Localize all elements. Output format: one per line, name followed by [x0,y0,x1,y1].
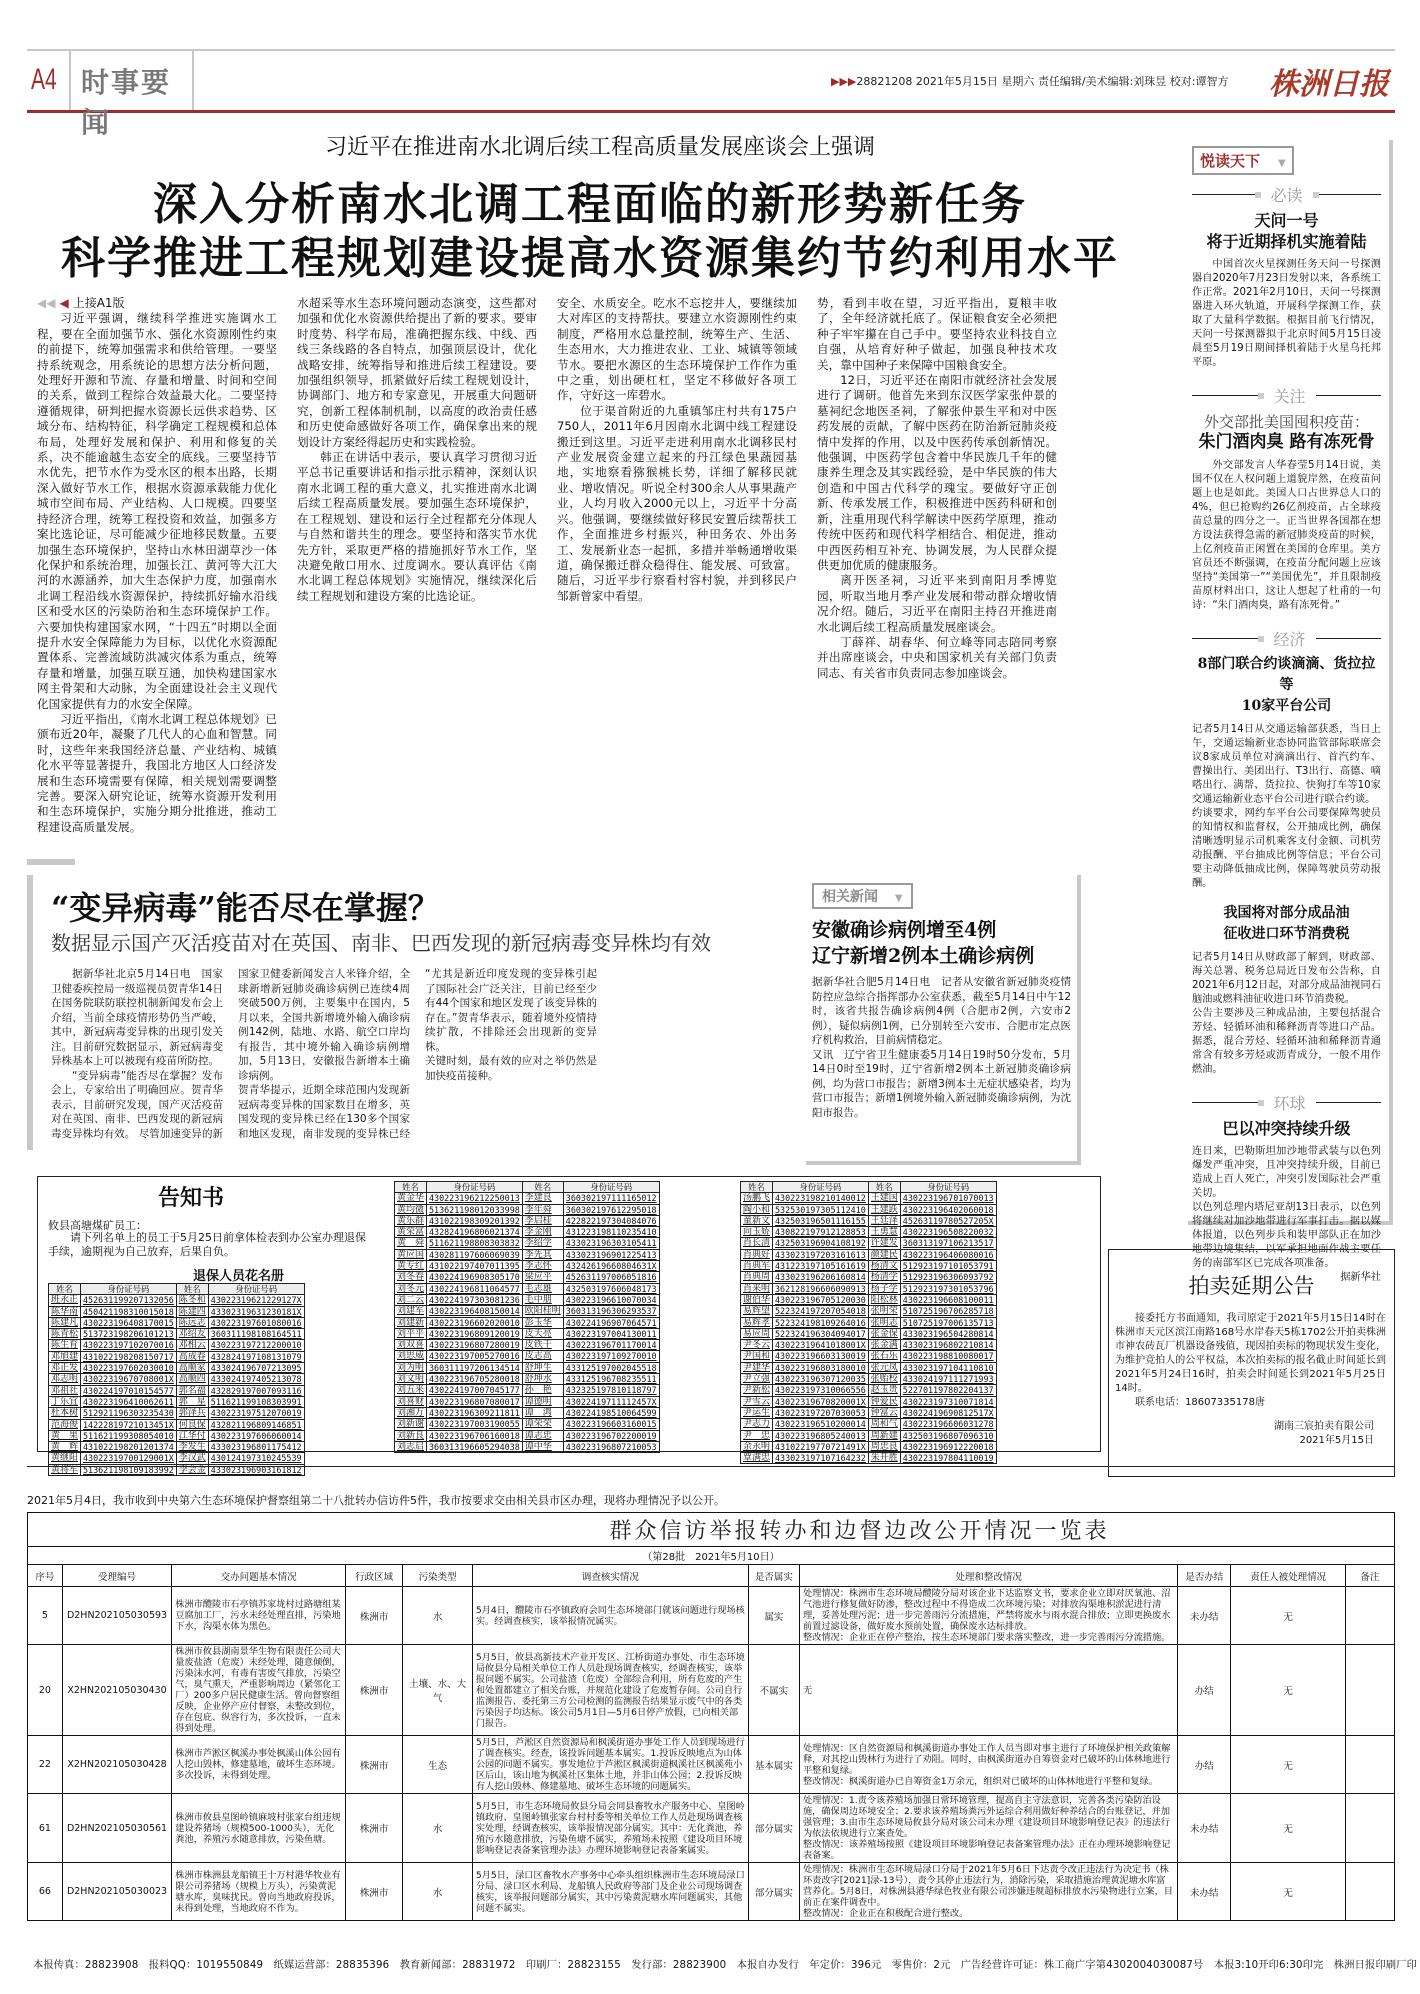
id-number: 510725196706285718 [900,1306,996,1317]
auction-title: 拍卖延期公告 [1109,1270,1394,1300]
feature-article: “变异病毒”能否尽在掌握？ 数据显示国产灭活疫苗对在英国、南非、巴西发现的新冠病… [27,875,785,1150]
employee-name: 刘喜财 [395,1396,427,1407]
id-number: 360313197106213517 [900,1238,996,1249]
employee-name: 郭泽兵 [176,1408,208,1419]
lead-column-4: 势，看到丰收在望，习近平指出，夏粮丰收了，全年经济就托底了。保证粮食安全必须把种… [817,296,1057,856]
petition-row: 66D2HN202105030023株洲市株洲县龙船镇王十万村港华牧业有限公司养… [28,1863,1395,1921]
employee-name: 周新建 [868,1430,900,1441]
id-number: 432503197606048173 [563,1283,659,1294]
sidebar-digest: 悦读天下▼ 必读 天问一号将于近期择机实施着陆 中国首次火星探测任务天问一号探测… [1188,140,1393,1225]
employee-name: 刘新良 [395,1430,427,1441]
employee-name: 刘建新 [395,1317,427,1328]
issue-meta: ▶▶▶28821208 2021年5月15日 星期六 责任编辑/美术编辑:刘珠昱… [831,73,1228,89]
id-number: 430223196807280019 [427,1340,523,1351]
id-number: 431022197407011395 [427,1261,523,1272]
employee-name: 邓志明 [49,1374,81,1385]
id-number: 430223196912220018 [900,1441,996,1452]
id-number: 433024196707213095 [208,1363,304,1374]
table-cell: 基本属实 [748,1736,799,1794]
roster-row: 邓志明43022319670708001X高顺四4330241974052130… [49,1374,305,1385]
employee-name: 黄继阳 [49,1453,81,1464]
id-number: 512923196306093792 [900,1272,996,1283]
related-news-box: 相关新闻 ▼ 安徽确诊病例增至4例辽宁新增2例本土确诊病例 据新华社合肥5月14… [806,875,1081,1165]
id-number: 432829197007093116 [208,1385,304,1396]
roster-row: 刘为明360311197206134514舒坤生4331251970020455… [395,1362,660,1373]
lead-headline-2: 科学推进工程规划建设提高水资源集约节约利用水平 [0,222,1180,286]
id-number: 432325197810118797 [563,1385,659,1396]
masthead-logo: 株洲日报 [1269,59,1389,103]
roster-row: 刘新谢430223197003190055谭荣荣4302231966031600… [395,1419,660,1430]
employee-name: 刘湘万 [395,1407,427,1418]
table-cell: 处理情况：株洲市生态环境局渌口分局于2021年5月6日下达责令改正违法行为决定书… [799,1863,1177,1921]
section-divider-must-read: 必读 [1192,183,1381,206]
id-number: 430223196603160015 [563,1419,659,1430]
id-number: 433023196901225413 [563,1249,659,1260]
employee-name: 邓祖社 [49,1385,81,1396]
table-cell: 5月5日，市生态环境局攸县分局会同县畜牧水产服务中心、皇图岭镇政府、皇图岭镇张家… [472,1794,748,1863]
roster-row: 肖典周433023196206160814杨清学5129231963060937… [741,1272,997,1283]
employee-name: 邓绍友 [176,1329,208,1340]
roster-row: 黄均微513621198012033998李年舜3603021976122950… [395,1204,660,1215]
lead-column-1: ◀◀◀上接A1版 习近平强调，继续科学推进实施调水工程，要在全面加强节水、强化水… [37,296,277,856]
column-header: 身份证号码 [81,1284,177,1295]
id-number: 430223197606060014 [208,1430,304,1441]
roster-row: 黄金华430223196212250013李建良3603021971111650… [395,1193,660,1204]
id-number: 430223196603130019 [773,1351,869,1362]
id-number: 430223196307120035 [773,1374,869,1385]
employee-name: 陈远志 [176,1317,208,1328]
petition-row: 22X2HN202105030428株洲市芦淞区枫溪办事处枫溪山体公园有人挖山毁… [28,1736,1395,1794]
employee-name: 李年舜 [522,1204,563,1215]
employee-name: 易辉望 [741,1306,773,1317]
employee-name: 梁应平 [522,1272,563,1283]
employee-name: 汤鹏飞 [741,1193,773,1204]
roster-row: 肖来明362128196606090913杨子学5129231973010537… [741,1283,997,1294]
id-number: 430223196408150014 [427,1306,523,1317]
employee-name: 高顺四 [176,1374,208,1385]
notice-body: 请下列名单上的员工于5月25日前拿体检表到办公室办理退保手续，逾期视为自己放弃，… [48,1231,368,1259]
roster-row: 班永正452631199207132056陈冬和4302231962122912… [49,1295,305,1306]
table-cell: 株洲市 [346,1587,403,1645]
id-number: 430223196807080017 [427,1396,523,1407]
roster-row: 邓旭建431022198208150717高成春4328241971081310… [49,1351,305,1362]
employee-name: 陈华南 [49,1306,81,1317]
employee-name: 郭 星 [176,1396,208,1407]
id-number: 430223196805240013 [773,1430,869,1441]
roster-row: 谢伯华430223196705120030阳松林4302231966081000… [741,1294,997,1305]
table-cell: 处理情况：株洲市生态环境局醴陵分局对该企业下达监察文书，要求企业立即对厌氧池、沼… [799,1587,1177,1645]
id-number: 431022198309201392 [427,1215,523,1226]
id-number: 433023197203161613 [773,1249,869,1260]
employee-name: 童新文 [741,1215,773,1226]
employee-name: 阳松林 [868,1294,900,1305]
table-cell: 生态 [403,1736,473,1794]
employee-name: 刘平平 [395,1328,427,1339]
notice-title: 告知书 [158,1181,224,1212]
table-cell [1345,1645,1394,1736]
employee-name: 黄 果 [49,1430,81,1441]
id-number: 430223197601080016 [208,1317,304,1328]
employee-name: 孙 艳 [522,1385,563,1396]
employee-name: 王建国 [868,1193,900,1204]
id-number: 522324196304094017 [773,1328,869,1339]
dropdown-triangle-icon: ▼ [895,893,903,904]
id-number: 431022198201201374 [81,1442,177,1453]
triple-arrow-icon: ▶▶▶ [831,75,856,88]
id-number: 45263119780527205X [900,1215,996,1226]
section-divider-global: 环球 [1192,1091,1381,1114]
page-footer: 本报传真：28823908 报料QQ：1019550849 纸媒运营部：2883… [33,1956,1417,1971]
employee-name: 刘建军 [395,1306,427,1317]
continued-from[interactable]: ◀◀◀上接A1版 [37,296,277,311]
id-number: 433023196504280814 [900,1328,996,1339]
employee-name: 尹国和 [741,1351,773,1362]
id-number: 430223196701070013 [900,1193,996,1204]
employee-name: 尹新松 [741,1385,773,1396]
petition-header-row: 序号受理编号交办问题基本情况行政区域污染类型调查核实情况是否属实处理和整改情况是… [28,1565,1395,1587]
column-header: 姓名 [176,1284,208,1295]
table-cell: 株洲市攸县皇图岭镇麻坡村张家台组违规建设养猪场（规模500-1000头），无化粪… [172,1794,346,1863]
id-number: 430223196212250013 [427,1193,523,1204]
table-cell: 办结 [1178,1736,1231,1794]
table-cell: D2HN202105030593 [62,1587,172,1645]
table-cell: 20 [28,1645,63,1736]
auction-notice: 拍卖延期公告 接委托方书面通知，我司原定于2021年5月15日14时在株洲市天元… [1108,1249,1395,1477]
roster-table-2: 姓名身份证号码姓名身份证号码黄金华430223196212250013李建良36… [394,1181,660,1453]
roster-row: 刘冬元430224196811064577毛志雄4325031976060481… [395,1283,660,1294]
id-number: 430223196608100011 [900,1294,996,1305]
table-cell [1345,1587,1394,1645]
roster-row: 刘思威430223197005270016皮志高4302231971092700… [395,1351,660,1362]
feature-column-1: 据新华社北京5月14日电 国家卫健委疾控局一级巡视员贺青华14日在国务院联防联控… [51,967,223,1142]
employee-name: 尹 忠 [741,1430,773,1441]
employee-name: 丁乐宜 [49,1396,81,1407]
story-subtitle: 外交部批美国囤积疫苗： [1192,411,1381,432]
id-number: 433125196708235511 [563,1374,659,1385]
employee-name: 刘五来 [395,1385,427,1396]
id-number: 433023196802210814 [900,1340,996,1351]
table-cell [1345,1794,1394,1863]
story-body: 外交部发言人华春莹5月14日说，美国不仅在人权问题上道貌岸然，在疫苗问题上也是如… [1192,459,1381,613]
id-number: 430223196602020010 [427,1317,523,1328]
id-number: 532530197305112410 [773,1204,869,1215]
lead-column-2: 水超采等水生态环境问题动态演变，这些都对加强和优化水资源供给提出了新的要求。要审… [297,296,537,856]
roster-row: 尹雪云43022319670820001X钟爱民4302231973100718… [741,1396,997,1407]
roster-row: 尹新松430223197310066556赵玉贵5227011978022041… [741,1385,997,1396]
employee-name: 刘志启 [395,1441,427,1452]
id-number: 512921196303235430 [81,1408,177,1419]
roster-row: 尹立强430223196307120035张贻校4330241971112719… [741,1374,997,1385]
id-number: 511621199308054010 [81,1430,177,1441]
table-cell: 5月5日，攸县高新技术产业开发区、江桥街道办事处、市生态环境局攸县分局相关单位工… [472,1645,748,1736]
id-number: 522324198109264016 [773,1317,869,1328]
table-cell: 土壤、水、大气 [403,1645,473,1736]
roster-table-3: 姓名身份证号码姓名身份证号码汤鹏飞430223198210140012王建国43… [740,1181,997,1464]
roster-row: 余永明43102219770721491X周忠良4302231969122200… [741,1441,997,1452]
id-number: 430223196706160018 [427,1430,523,1441]
story-title: 朱门酒肉臭 路有冻死骨 [1192,432,1381,453]
roster-row: 黄继阳43022319700129001X李汉武4301241973102455… [49,1453,305,1464]
employee-name: 江华付 [176,1430,208,1441]
employee-name: 王建跃 [868,1204,900,1215]
employee-name: 黄均微 [395,1204,427,1215]
id-number: 511621198808303832 [427,1238,523,1249]
roster-row: 向玉娇430822197912128853王勇慧4302231965082200… [741,1227,997,1238]
employee-name: 赵玉贵 [868,1385,900,1396]
petition-title: 群众信访举报转办和边督边改公开情况一览表 [28,1513,1395,1547]
roster-row: 黄应国430281197606069039李先其4330231969012254… [395,1249,660,1260]
roster-row: 黄 辉431022198201201374李发生4330231968011754… [49,1442,305,1453]
table-cell: 水 [403,1794,473,1863]
id-number: 430223196803180010 [773,1362,869,1373]
section-divider-focus: 关注 [1192,384,1381,407]
employee-name: 黄乐群 [395,1215,427,1226]
column-header: 身份证号码 [563,1182,659,1193]
story-title: 天问一号将于近期择机实施着陆 [1192,210,1381,252]
table-cell: 61 [28,1794,63,1863]
table-cell: 株洲市株洲县龙船镇王十万村港华牧业有限公司养猪场（规模上万头），污染黄泥塘水库，… [172,1863,346,1921]
page-number: A4 [31,63,57,97]
roster-row: 刘建新430223196602020010彭玉华4302241969070645… [395,1317,660,1328]
roster-row: 尹冬云43022319641018001X张金满4330231968022108… [741,1340,997,1351]
roster-row: 邓正发430223197602030010高顺家4330241967072130… [49,1363,305,1374]
petition-table: 群众信访举报转办和边督边改公开情况一览表 （第28批 2021年5月10日） 序… [27,1512,1395,1921]
id-number: 362128196606090913 [773,1283,869,1294]
id-number: 430223197310066556 [773,1385,869,1396]
feature-subtitle: 数据显示国产灭活疫苗对在英国、南非、巴西发现的新冠病毒变异株均有效 [51,927,711,956]
roster-row: 黄荣富432824196806021374李金刚4312231981102354… [395,1227,660,1238]
table-cell: X2HN202105030428 [62,1736,172,1794]
employee-name: 邓旭建 [49,1351,81,1362]
employee-name: 范海俊 [49,1419,81,1430]
column-header: 行政区域 [346,1565,403,1587]
column-header: 姓名 [868,1182,900,1193]
column-header: 调查核实情况 [472,1565,748,1587]
roster-row: 黄专红431022197407011395李志怀4324261966080463… [395,1261,660,1272]
table-cell: 属实 [748,1587,799,1645]
employee-name: 陶小和 [741,1204,773,1215]
table-cell: 株洲市攸县湖南景华生物有限责任公司大量废盐渣（危废）未经处理，随意倾倒，污染沫水… [172,1645,346,1736]
roster-row: 尹 忠430223196805240013周新建4325031968070963… [741,1430,997,1441]
employee-name: 余永明 [741,1441,773,1452]
employee-name: 李启桂 [522,1215,563,1226]
id-number: 430223198810080017 [900,1351,996,1362]
employee-name: 钟爱民 [868,1396,900,1407]
employee-name: 毛中朋 [522,1294,563,1305]
id-number: 452631197006051816 [563,1272,659,1283]
table-cell: 无 [1231,1736,1346,1794]
employee-name: 张元凤 [868,1362,900,1373]
page-header: A4 时事要闻 ▶▶▶28821208 2021年5月15日 星期六 责任编辑/… [27,51,1395,113]
employee-name: 谢伯华 [741,1294,773,1305]
column-header: 是否办结 [1178,1565,1231,1587]
column-header: 姓名 [49,1284,81,1295]
employee-name: 尹运生 [741,1407,773,1418]
chevron-left-red-icon: ◀ [59,296,68,311]
employee-name: 班永正 [49,1295,81,1306]
employee-name: 张明志 [868,1317,900,1328]
roster-row: 刘文明430223196705280018舒坤水4331251967082355… [395,1374,660,1385]
id-number: 360313196605294038 [427,1441,523,1452]
id-number: 512923197101053791 [900,1261,996,1272]
employee-name: 黄荣富 [395,1227,427,1238]
story-body: 中国首次火星探测任务天问一号探测器自2020年7月23日发射以来，各系统工作正常… [1192,258,1381,370]
employee-name: 许建发 [868,1238,900,1249]
employee-name: 刘二云 [395,1294,427,1305]
chevron-left-icon: ◀◀ [37,296,55,311]
employee-name: 肖典周 [741,1272,773,1283]
roster-row: 范海俊14222819721013451X何良保4328211968091468… [49,1419,305,1430]
roster-row: 肖典好433023197203161613颜建民4302231964060800… [741,1249,997,1260]
column-header: 身份证号码 [427,1182,523,1193]
petition-row: 20X2HN202105030430株洲市攸县湖南景华生物有限责任公司大量废盐渣… [28,1645,1395,1736]
id-number: 430224197303081236 [427,1294,523,1305]
table-cell: 未办结 [1178,1587,1231,1645]
employee-name: 陈建四 [176,1306,208,1317]
column-header: 姓名 [522,1182,563,1193]
id-number: 510725197006135713 [900,1317,996,1328]
column-header: 处理和整改情况 [799,1565,1177,1587]
dropdown-triangle-icon: ▼ [1278,158,1286,169]
id-number: 430223196410062611 [81,1396,177,1407]
table-cell: 未办结 [1178,1863,1231,1921]
table-cell: 处理情况：1.责令该养殖场加强日常环境管理，提高自主守法意识，完善各类污染防治设… [799,1794,1177,1863]
employee-name: 高顺家 [176,1363,208,1374]
employee-name: 陈青松 [49,1329,81,1340]
id-number: 433023197107164232 [773,1453,869,1464]
employee-name: 皮铁干 [522,1340,563,1351]
table-cell: 5 [28,1587,63,1645]
table-cell [1345,1863,1394,1921]
employee-name: 邓相云 [176,1340,208,1351]
roster-row: 刘平平430223196809120019皮天亮4302231970041300… [395,1328,660,1339]
employee-name: 皮天亮 [522,1328,563,1339]
table-cell: D2HN202105030561 [62,1794,172,1863]
employee-name: 黄专红 [395,1261,427,1272]
table-cell: 66 [28,1863,63,1921]
table-cell: 不属实 [748,1645,799,1736]
column-header: 责任人被处理情况 [1231,1565,1346,1587]
id-number: 43022319670820001X [773,1396,869,1407]
table-cell: 株洲市 [346,1794,403,1863]
employee-name: 王廷泽 [868,1215,900,1226]
id-number: 430124197310245539 [208,1453,304,1464]
employee-name: 肖典军 [741,1261,773,1272]
employee-name: 谭德明 [522,1396,563,1407]
id-number: 512923197301053796 [900,1283,996,1294]
related-title: 安徽确诊病例增至4例辽宁新增2例本土确诊病例 [812,917,1077,969]
table-cell: 部分属实 [748,1794,799,1863]
employee-name: 肖来明 [741,1283,773,1294]
column-header: 身份证号码 [208,1284,304,1295]
roster-row: 刘二云430224197303081236毛中朋4302231966100700… [395,1294,660,1305]
id-number: 431223197105161619 [773,1261,869,1272]
employee-name: 杜本树 [49,1408,81,1419]
id-number: 430223196408170015 [81,1317,177,1328]
id-number: 43022319700129001X [81,1453,177,1464]
employee-name: 尹立强 [741,1374,773,1385]
employee-name: 张石乐 [868,1351,900,1362]
id-number: 430223197212200010 [208,1340,304,1351]
id-number: 430224196907064571 [563,1317,659,1328]
auction-signature: 湖南三宸拍卖有限公司2021年5月15日 [1109,1420,1374,1448]
table-cell: 5月5日，芦淞区自然资源局和枫溪街道办事处工作人员到现场进行了调查核实。经查，该… [472,1736,748,1794]
story-title: 8部门联合约谈滴滴、货拉拉等10家平台公司 [1192,654,1381,717]
petition-intro: 2021年5月4日，我市收到中央第六生态环境保护督察组第二十八批转办信访件5件，… [27,1492,725,1508]
id-number: 43302319631230181X [208,1306,304,1317]
column-header: 身份证号码 [773,1182,869,1193]
section-divider-economy: 经济 [1192,627,1381,650]
id-number: 431022198208150717 [81,1351,177,1362]
id-number: 430223197005270016 [427,1351,523,1362]
id-number: 452631199207132056 [81,1295,177,1306]
employee-name: 张明荣 [868,1306,900,1317]
employee-name: 尹冬云 [741,1340,773,1351]
employee-name: 易辉孝 [741,1317,773,1328]
sidebar-tag[interactable]: 悦读天下▼ [1192,146,1294,175]
employee-name: 刘双喜 [395,1340,427,1351]
table-cell: 株洲市醴陵市石亭镇苏家垅村过路塘组某豆腐加工厂，污水未经处理直排，污染地下水，沟… [172,1587,346,1645]
id-number: 360313196306293537 [563,1306,659,1317]
employee-name: 谭中华 [522,1441,563,1452]
roster-row: 刘冬春430224196908305170梁应平4526311970060518… [395,1272,660,1283]
table-cell: 无 [1231,1794,1346,1863]
id-number: 430224196908305170 [427,1272,523,1283]
divider [27,1466,1395,1467]
id-number: 430223196402060018 [900,1204,996,1215]
column-header: 受理编号 [62,1565,172,1587]
employee-name: 易应周 [741,1328,773,1339]
id-number: 43022319621229127X [208,1295,304,1306]
roster-row: 尹建华430223196803180010张元凤4330231971041108… [741,1362,997,1373]
table-cell: 水 [403,1587,473,1645]
id-number: 432821196809146851 [208,1419,304,1430]
id-number: 430223196807210053 [563,1441,659,1452]
table-cell: X2HN202105030430 [62,1645,172,1736]
table-cell: 5月5日，渌口区畜牧水产事务中心牵头组织株洲市生态环境局渌口分局、渌口区水利局、… [472,1863,748,1921]
table-cell: 部分属实 [748,1863,799,1921]
employee-name: 高成春 [176,1351,208,1362]
table-cell: 办结 [1178,1645,1231,1736]
employee-name: 何良保 [176,1419,208,1430]
roster-row: 杜本树512921196303235430郭泽兵4302231975120700… [49,1408,305,1419]
id-number: 430223197804110019 [900,1453,996,1464]
id-number: 511621199108303991 [208,1396,304,1407]
employee-name: 李先其 [522,1249,563,1260]
employee-name: 谭 鸿 [522,1407,563,1418]
employee-name: 李绍学 [522,1238,563,1249]
column-header: 姓名 [395,1182,427,1193]
roster-row: 刘五来430224197007045177孙 艳4323251978101187… [395,1385,660,1396]
employee-name: 尹雪云 [741,1396,773,1407]
employee-name: 刘文明 [395,1374,427,1385]
section-name: 时事要闻 [69,51,194,110]
feature-column-2: 国家卫健委新闻发言人米锋介绍，全球新增新冠肺炎确诊病例已连续4周突破500万例，… [238,967,410,1142]
employee-name: 周和气 [868,1419,900,1430]
related-news-tag[interactable]: 相关新闻 ▼ [812,883,913,909]
employee-name: 刘冬春 [395,1272,427,1283]
employee-name: 朱开胜 [868,1453,900,1464]
employee-name: 尹志力 [741,1419,773,1430]
employee-name: 毛志雄 [522,1283,563,1294]
id-number: 522324197207054018 [773,1306,869,1317]
id-number: 432503196807096310 [900,1430,996,1441]
petition-row: 5D2HN202105030593株洲市醴陵市石亭镇苏家垅村过路塘组某豆腐加工厂… [28,1587,1395,1645]
employee-name: 李志怀 [522,1261,563,1272]
column-header: 备注 [1345,1565,1394,1587]
employee-name: 王勇慧 [868,1227,900,1238]
roster-row: 陈青松513723198206101213邓绍友3603111981081645… [49,1329,305,1340]
